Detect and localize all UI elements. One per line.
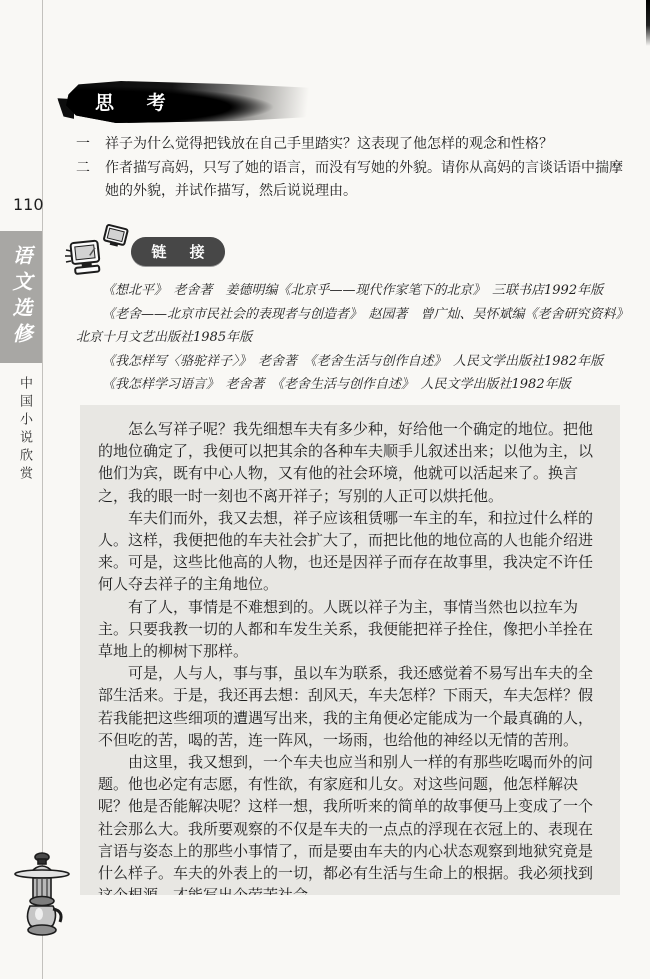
excerpt-paragraph: 可是，人与人，事与事，虽以车为联系，我还感觉着不易写出车夫的全部生活来。于是，我… (98, 662, 602, 751)
reference-list: 《想北平》 老舍著 姜德明编《北京乎——现代作家笔下的北京》 三联书店1992年… (76, 279, 624, 397)
question-item: 一 祥子为什么觉得把钱放在自己手里踏实？这表现了他怎样的观念和性格？ (76, 133, 624, 157)
reference-item: 《想北平》 老舍著 姜德明编《北京乎——现代作家笔下的北京》 三联书店1992年… (76, 279, 624, 303)
links-section-title: 链 接 (131, 237, 225, 266)
question-text: 作者描写高妈，只写了她的语言，而没有写她的外貌。请你从高妈的言谈话语中揣摩她的外… (105, 157, 624, 204)
computers-icon (64, 224, 136, 286)
excerpt-paragraph: 有了人，事情是不难想到的。人既以祥子为主，事情当然也以拉车为主。只要我教一切的人… (98, 596, 602, 663)
page-number: 110 (13, 195, 43, 214)
book-title: 中国小说欣赏 (15, 376, 34, 484)
excerpt-paragraph: 由这里，我又想到，一个车夫也应当和别人一样的有那些吃喝而外的问题。他也必定有志愿… (98, 751, 602, 895)
reference-item: 《我怎样写〈骆驼祥子〉》 老舍著 《老舍生活与创作自述》 人民文学出版社1982… (76, 350, 624, 374)
question-item: 二 作者描写高妈，只写了她的语言，而没有写她的外貌。请你从高妈的言谈话语中揣摩她… (76, 157, 624, 204)
excerpt-paragraph: 车夫们而外，我又去想，祥子应该租赁哪一车主的车，和拉过什么样的人。这样，我便把他… (98, 507, 602, 596)
series-title: 语文选修 (11, 245, 31, 349)
question-list: 一 祥子为什么觉得把钱放在自己手里踏实？这表现了他怎样的观念和性格？ 二 作者描… (76, 133, 624, 204)
lantern-icon (10, 851, 74, 955)
think-section-title: 思 考 (95, 88, 179, 115)
textbook-page: 110 语文选修 中国小说欣赏 思 考 一 祥子为什么觉得把钱放在自己手里踏实？… (0, 0, 650, 979)
reference-item: 《我怎样学习语言》 老舍著 《老舍生活与创作自述》 人民文学出版社1982年版 (76, 373, 624, 397)
excerpt-paragraph: 怎么写祥子呢？我先细想车夫有多少种，好给他一个确定的地位。把他的地位确定了，我便… (98, 418, 602, 507)
reference-item: 《老舍——北京市民社会的表现者与创造者》 赵园著 曾广灿、吴怀斌编《老舍研究资料… (76, 303, 624, 350)
binding-mark (646, 0, 650, 46)
question-number: 一 (76, 133, 105, 157)
series-title-block: 语文选修 (0, 231, 42, 363)
question-number: 二 (76, 157, 105, 204)
question-text: 祥子为什么觉得把钱放在自己手里踏实？这表现了他怎样的观念和性格？ (105, 133, 624, 157)
excerpt-box: 怎么写祥子呢？我先细想车夫有多少种，好给他一个确定的地位。把他的地位确定了，我便… (80, 405, 620, 895)
left-margin-rule (42, 0, 43, 979)
